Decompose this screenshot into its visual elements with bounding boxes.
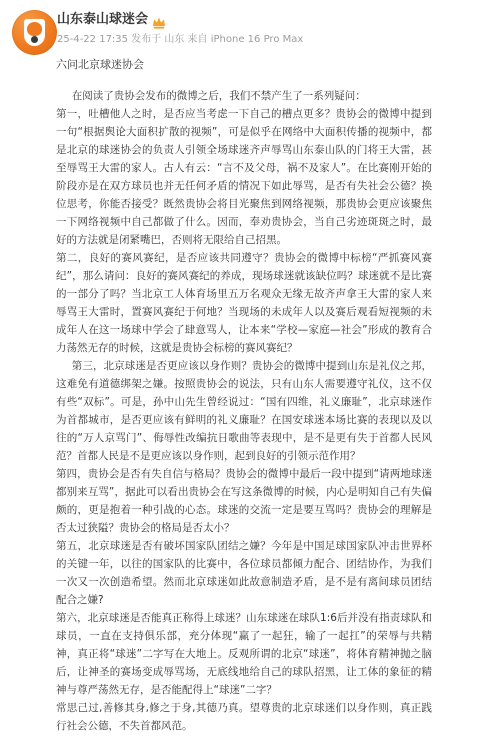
post-paragraph: 第四，贵协会是否有失自信与格局？贵协会的微博中最后一段中提到“请两地球迷都别来互… <box>56 465 432 537</box>
post-paragraph: 第五，北京球迷是否有破坏国家队团结之嫌？今年是中国足球国家队冲击世界杯的关键一年… <box>56 537 432 609</box>
post-paragraph: 第二，良好的赛风赛纪，是否应该共同遵守？贵协会的微博中标榜“严抓赛风赛纪”，那么… <box>56 249 432 357</box>
post-body: 在阅读了贵协会发布的微博之后，我们不禁产生了一系列疑问：第一，吐槽他人之时，是否… <box>56 87 432 735</box>
header-text: 山东泰山球迷会 25-4-22 17:35 发布于 山东 来自 iPhone 1… <box>57 10 465 47</box>
avatar[interactable] <box>12 10 57 55</box>
soccer-ball-icon <box>31 36 38 43</box>
post-title: 六问北京球迷协会 <box>56 56 432 74</box>
weibo-post-page: 山东泰山球迷会 25-4-22 17:35 发布于 山东 来自 iPhone 1… <box>0 0 477 741</box>
vip-crown-icon <box>152 14 166 27</box>
club-crest <box>24 19 45 46</box>
username[interactable]: 山东泰山球迷会 <box>57 12 148 28</box>
post-paragraph: 第三，北京球迷是否更应该以身作则？贵协会的微博中提到山东是礼仪之邦，这难免有道德… <box>56 357 432 465</box>
post-paragraph: 常思己过,善修其身,修之于身,其德乃真。望尊贵的北京球迷们以身作则，真正践行社会… <box>56 699 432 735</box>
post-header: 山东泰山球迷会 25-4-22 17:35 发布于 山东 来自 iPhone 1… <box>12 10 465 56</box>
crest-mascot <box>27 22 42 36</box>
post-paragraph: 在阅读了贵协会发布的微博之后，我们不禁产生了一系列疑问： <box>56 87 432 105</box>
post-meta: 25-4-22 17:35 发布于 山东 来自 iPhone 16 Pro Ma… <box>57 33 465 47</box>
post-content: 六问北京球迷协会 在阅读了贵协会发布的微博之后，我们不禁产生了一系列疑问：第一，… <box>56 56 432 735</box>
post-paragraph: 第一，吐槽他人之时，是否应当考虑一下自己的槽点更多？贵协会的微博中提到一句“根据… <box>56 105 432 249</box>
post-paragraph: 第六，北京球迷是否能真正称得上球迷？山东球迷在球队1:6后并没有指责球队和球员，… <box>56 609 432 699</box>
